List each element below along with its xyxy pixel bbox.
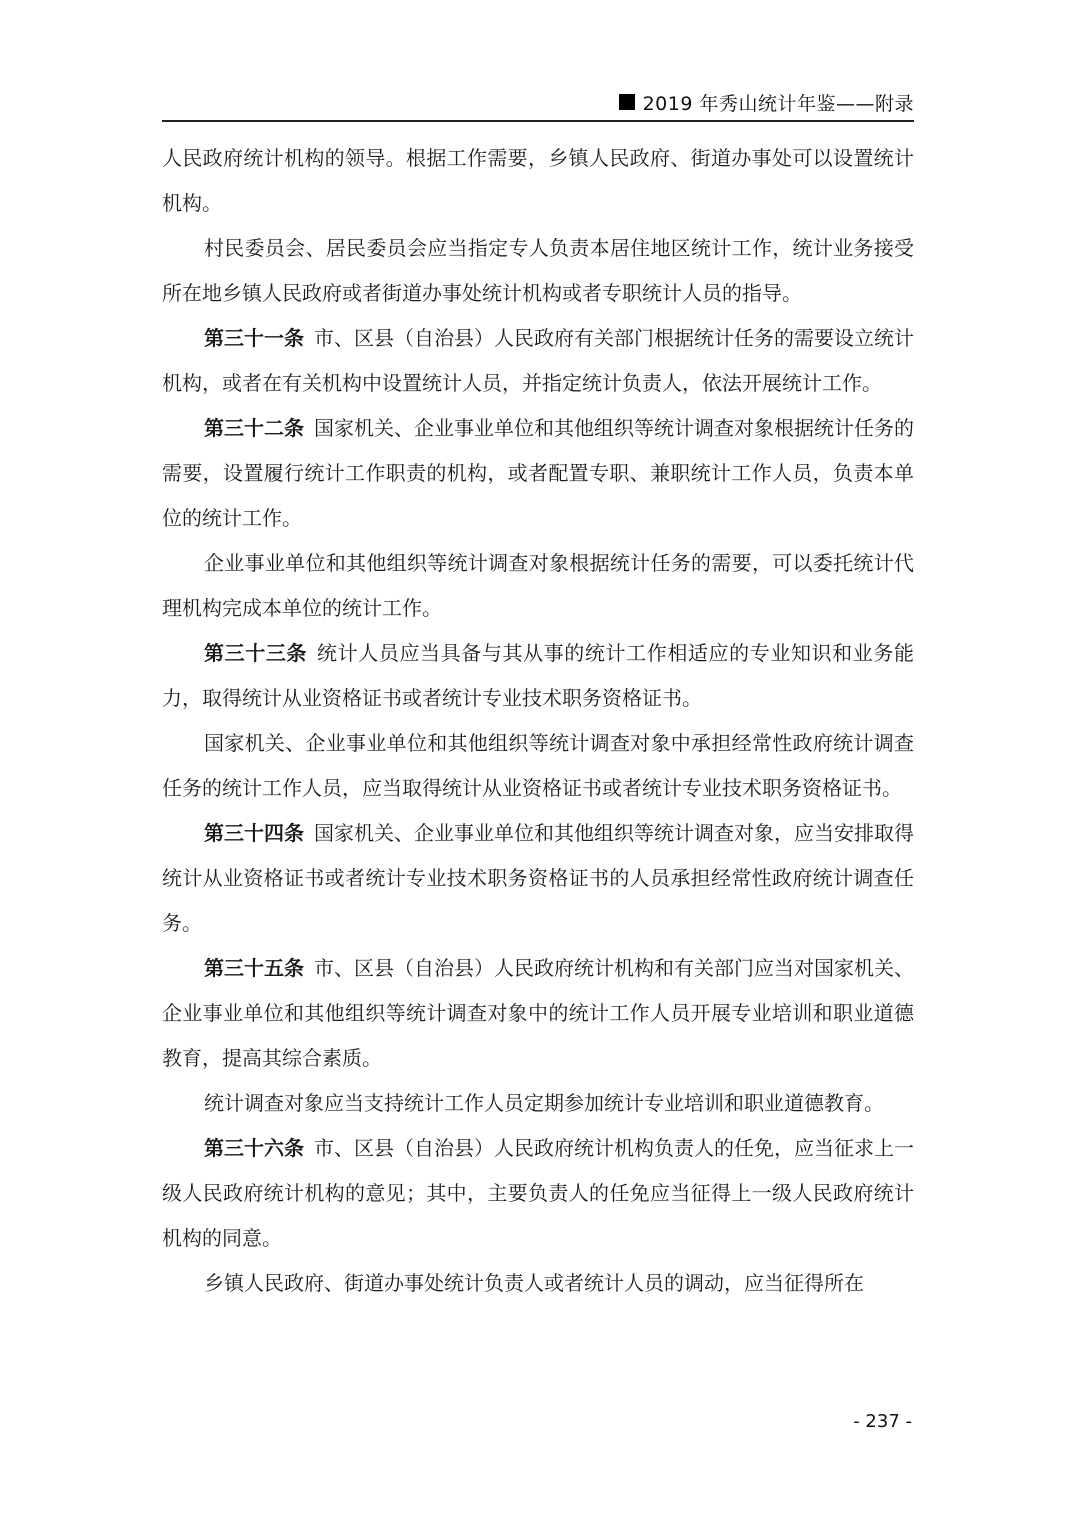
paragraph-text: 乡镇人民政府、街道办事处统计负责人或者统计人员的调动，应当征得所在: [204, 1271, 864, 1295]
header-title: 2019 年秀山统计年鉴——附录: [643, 89, 914, 116]
article-number: 第三十二条: [204, 416, 304, 440]
article-number: 第三十三条: [204, 641, 307, 665]
paragraph-text: 企业事业单位和其他组织等统计调查对象根据统计任务的需要，可以委托统计代理机构完成…: [162, 551, 914, 620]
paragraph-text: 统计调查对象应当支持统计工作人员定期参加统计专业培训和职业道德教育。: [204, 1091, 884, 1115]
article-number: 第三十六条: [204, 1136, 304, 1160]
paragraph-text: 人民政府统计机构的领导。根据工作需要，乡镇人民政府、街道办事处可以设置统计机构。: [162, 146, 914, 215]
paragraph: 第三十一条市、区县（自治县）人民政府有关部门根据统计任务的需要设立统计机构，或者…: [162, 316, 914, 406]
paragraph-text: 村民委员会、居民委员会应当指定专人负责本居住地区统计工作，统计业务接受所在地乡镇…: [162, 236, 914, 305]
document-body: 人民政府统计机构的领导。根据工作需要，乡镇人民政府、街道办事处可以设置统计机构。…: [162, 136, 914, 1306]
paragraph: 第三十四条国家机关、企业事业单位和其他组织等统计调查对象，应当安排取得统计从业资…: [162, 811, 914, 946]
paragraph: 人民政府统计机构的领导。根据工作需要，乡镇人民政府、街道办事处可以设置统计机构。: [162, 136, 914, 226]
article-number: 第三十一条: [204, 326, 304, 350]
article-number: 第三十四条: [204, 821, 304, 845]
paragraph: 第三十五条市、区县（自治县）人民政府统计机构和有关部门应当对国家机关、企业事业单…: [162, 946, 914, 1081]
paragraph: 村民委员会、居民委员会应当指定专人负责本居住地区统计工作，统计业务接受所在地乡镇…: [162, 226, 914, 316]
paragraph: 第三十六条市、区县（自治县）人民政府统计机构负责人的任免，应当征求上一级人民政府…: [162, 1126, 914, 1261]
paragraph: 第三十二条国家机关、企业事业单位和其他组织等统计调查对象根据统计任务的需要，设置…: [162, 406, 914, 541]
running-header: 2019 年秀山统计年鉴——附录: [162, 84, 914, 122]
paragraph: 第三十三条统计人员应当具备与其从事的统计工作相适应的专业知识和业务能力，取得统计…: [162, 631, 914, 721]
header-square-icon: [619, 94, 635, 110]
page-number: - 237 -: [853, 1411, 912, 1432]
paragraph: 国家机关、企业事业单位和其他组织等统计调查对象中承担经常性政府统计调查任务的统计…: [162, 721, 914, 811]
paragraph: 企业事业单位和其他组织等统计调查对象根据统计任务的需要，可以委托统计代理机构完成…: [162, 541, 914, 631]
paragraph-text: 国家机关、企业事业单位和其他组织等统计调查对象中承担经常性政府统计调查任务的统计…: [162, 731, 914, 800]
paragraph: 统计调查对象应当支持统计工作人员定期参加统计专业培训和职业道德教育。: [162, 1081, 914, 1126]
article-number: 第三十五条: [204, 956, 304, 980]
paragraph: 乡镇人民政府、街道办事处统计负责人或者统计人员的调动，应当征得所在: [162, 1261, 914, 1306]
